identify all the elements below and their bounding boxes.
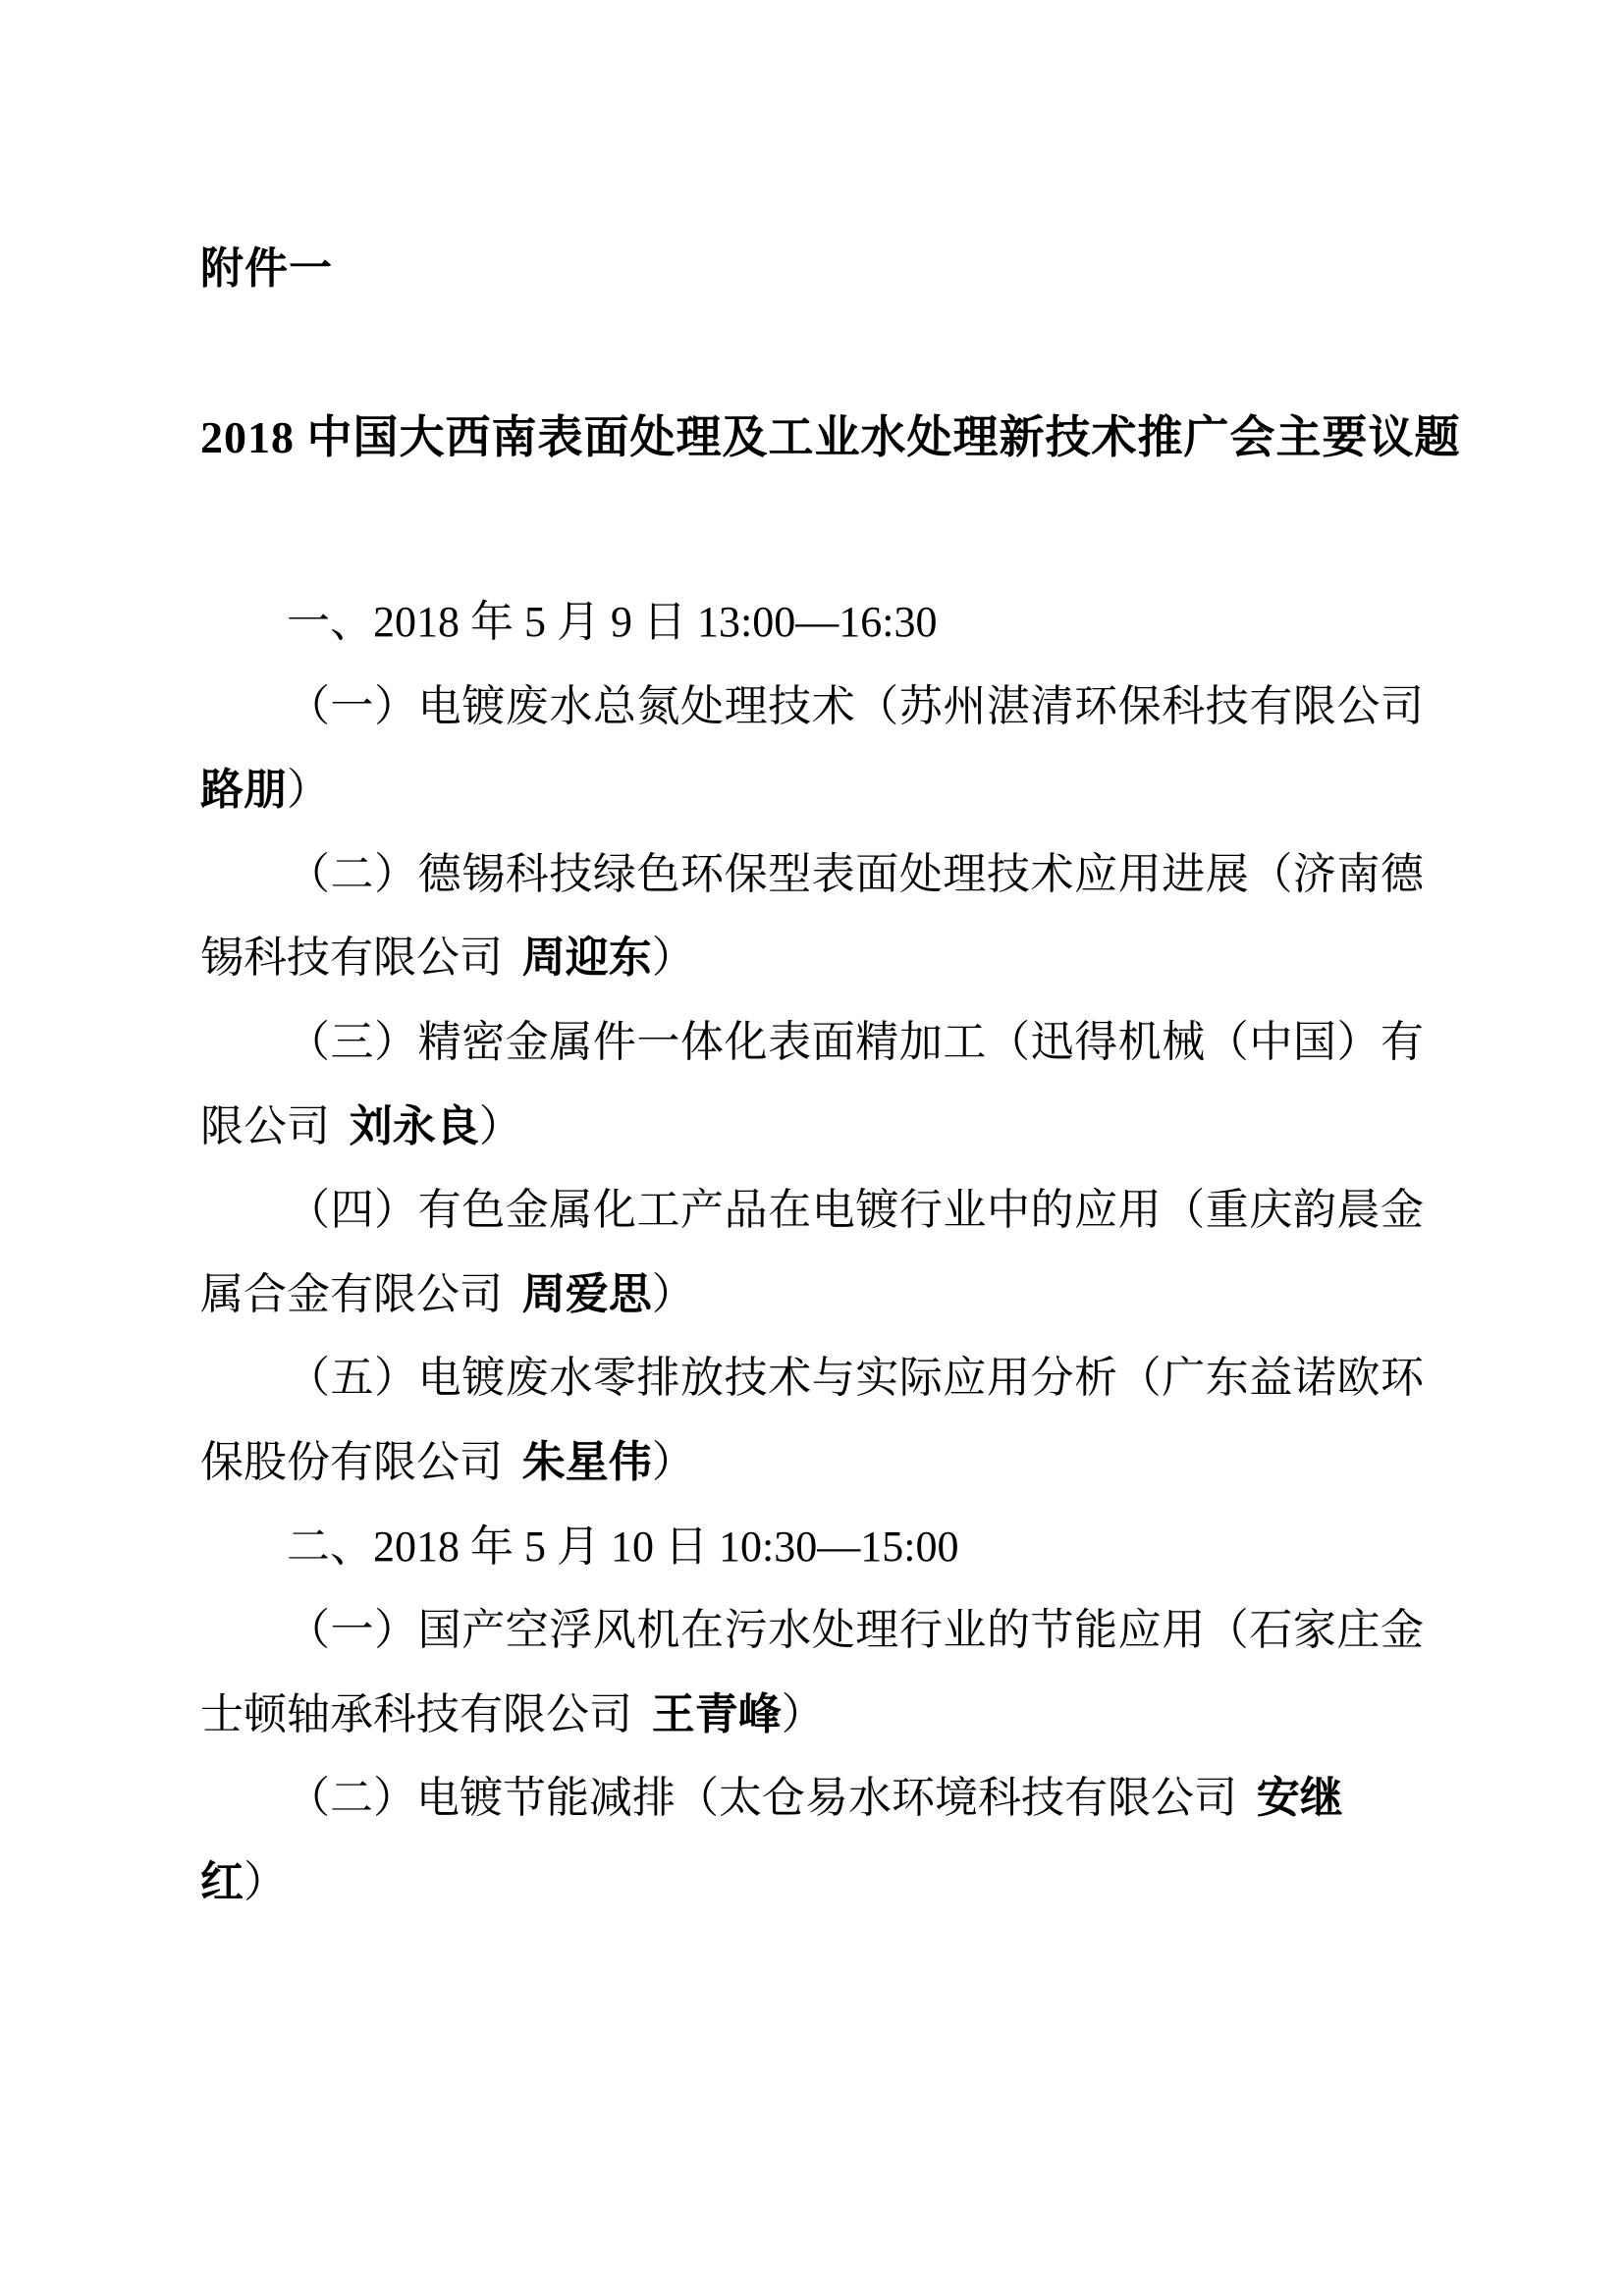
text-line: （一）国产空浮风机在污水处理行业的节能应用（石家庄金 <box>200 1588 1424 1673</box>
line-text: 限公司 <box>200 1102 330 1150</box>
text-line: 属合金有限公司周爱思） <box>200 1253 1424 1337</box>
text-line: （二）电镀节能减排（太仓易水环境科技有限公司安继红） <box>200 1756 1424 1924</box>
line-text: ） <box>244 1858 287 1906</box>
line-text: （五）电镀废水零排放技术与实际应用分析（广东益诺欧环 <box>287 1354 1424 1402</box>
presenter-name: 王青峰 <box>652 1690 782 1738</box>
text-line: 保股份有限公司朱星伟） <box>200 1420 1424 1505</box>
line-text: ） <box>652 1270 695 1318</box>
document-page: 附件一 2018 中国大西南表面处理及工业水处理新技术推广会主要议题 一、201… <box>0 0 1624 2296</box>
line-text: 属合金有限公司 <box>200 1270 503 1318</box>
text-line: 锡科技有限公司周迎东） <box>200 916 1424 1000</box>
presenter-name: 路朋 <box>200 766 287 814</box>
line-text: （一）电镀废水总氮处理技术（苏州湛清环保科技有限公司 <box>287 682 1424 730</box>
doc-body: 一、2018 年 5 月 9 日 13:00—16:30（一）电镀废水总氮处理技… <box>200 580 1424 1925</box>
line-text: 锡科技有限公司 <box>200 934 503 982</box>
text-line: 一、2018 年 5 月 9 日 13:00—16:30 <box>200 580 1424 665</box>
text-line: 士顿轴承科技有限公司王青峰） <box>200 1673 1424 1757</box>
text-line: （一）电镀废水总氮处理技术（苏州湛清环保科技有限公司 <box>200 665 1424 749</box>
attachment-label: 附件一 <box>200 247 333 291</box>
line-text: （三）精密金属件一体化表面精加工（迅得机械（中国）有 <box>287 1018 1424 1066</box>
presenter-name: 朱星伟 <box>522 1438 652 1486</box>
line-text: ） <box>479 1102 522 1150</box>
line-text: （四）有色金属化工产品在电镀行业中的应用（重庆韵晨金 <box>287 1186 1424 1234</box>
text-line: 路朋） <box>200 748 1424 832</box>
text-line: （五）电镀废水零排放技术与实际应用分析（广东益诺欧环 <box>200 1336 1424 1420</box>
line-text: 二、2018 年 5 月 10 日 10:30—15:00 <box>287 1522 958 1571</box>
line-text: ） <box>287 766 330 814</box>
line-text: 一、2018 年 5 月 9 日 13:00—16:30 <box>287 598 937 646</box>
line-text: 士顿轴承科技有限公司 <box>200 1690 632 1738</box>
document-title: 2018 中国大西南表面处理及工业水处理新技术推广会主要议题 <box>200 412 1424 464</box>
text-line: （三）精密金属件一体化表面精加工（迅得机械（中国）有 <box>200 1000 1424 1085</box>
text-line: （四）有色金属化工产品在电镀行业中的应用（重庆韵晨金 <box>200 1168 1424 1253</box>
presenter-name: 周迎东 <box>522 934 652 982</box>
presenter-name: 刘永良 <box>350 1102 479 1150</box>
presenter-name: 周爱思 <box>522 1270 652 1318</box>
line-text: （二）德锡科技绿色环保型表面处理技术应用进展（济南德 <box>287 850 1424 898</box>
line-text: ） <box>652 934 695 982</box>
text-line: 二、2018 年 5 月 10 日 10:30—15:00 <box>200 1505 1424 1589</box>
line-text: ） <box>652 1438 695 1486</box>
text-line: （二）德锡科技绿色环保型表面处理技术应用进展（济南德 <box>200 832 1424 917</box>
line-text: （一）国产空浮风机在污水处理行业的节能应用（石家庄金 <box>287 1606 1424 1654</box>
line-text: ） <box>782 1690 825 1738</box>
text-line: 限公司刘永良） <box>200 1085 1424 1169</box>
line-text: 保股份有限公司 <box>200 1438 503 1486</box>
line-text: （二）电镀节能减排（太仓易水环境科技有限公司 <box>287 1774 1237 1822</box>
